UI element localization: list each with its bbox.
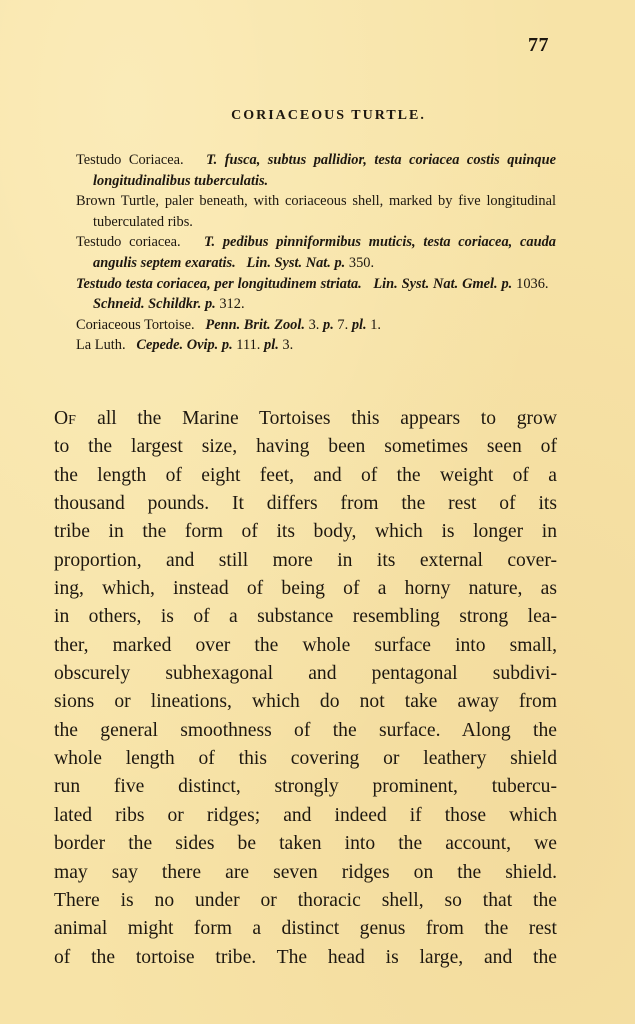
citation-page: 1036. <box>516 276 548 292</box>
text-line: ing, which, instead of being of a horny … <box>54 575 557 603</box>
synonym-entry: La Luth. Cepede. Ovip. p. 111. pl. 3. <box>76 335 556 356</box>
citation: Lin. Syst. Nat. Gmel. p. <box>373 276 512 292</box>
citation-plate: 3. <box>282 337 293 353</box>
citation-page: 312. <box>219 296 244 312</box>
text-line: proportion, and still more in its extern… <box>54 547 557 575</box>
synonym-name: Testudo coriacea. <box>76 234 181 250</box>
citation: Penn. Brit. Zool. <box>205 317 305 333</box>
text-line: obscurely subhexagonal and pentagonal su… <box>54 660 557 688</box>
text-line: run five distinct, strongly prominent, t… <box>54 773 557 801</box>
text-line: sions or lineations, which do not take a… <box>54 688 557 716</box>
page-number: 77 <box>528 34 549 57</box>
citation-plate: 1. <box>370 317 381 333</box>
citation: p. <box>323 317 334 333</box>
synonym-entry: Testudo testa coriacea, per longitudinem… <box>76 274 556 315</box>
text-line: thousand pounds. It differs from the res… <box>54 490 557 518</box>
text-line: OF all the Marine Tortoises this appears… <box>54 405 557 433</box>
citation: pl. <box>352 317 367 333</box>
citation: Lin. Syst. Nat. p. <box>247 255 346 271</box>
citation: Cepede. Ovip. p. <box>136 337 232 353</box>
citation-volume: 3. <box>309 317 320 333</box>
synonym-name: Coriaceous Tortoise. <box>76 317 195 333</box>
citation-page: 7. <box>337 317 348 333</box>
text-line: There is no under or thoracic shell, so … <box>54 887 557 915</box>
synonym-description: Testudo testa coriacea, per longitudinem… <box>76 276 362 292</box>
text-line: border the sides be taken into the accou… <box>54 830 557 858</box>
text-line: animal might form a distinct genus from … <box>54 915 557 943</box>
synonym-entry: Testudo Coriacea. T. fusca, subtus palli… <box>76 150 556 191</box>
text-line: the general smoothness of the surface. A… <box>54 717 557 745</box>
drop-cap: O <box>54 408 68 429</box>
citation-page: 350. <box>349 255 374 271</box>
citation-page: 111. <box>236 337 260 353</box>
text-line: tribe in the form of its body, which is … <box>54 518 557 546</box>
text-line: may say there are seven ridges on the sh… <box>54 859 557 887</box>
text-line: to the largest size, having been sometim… <box>54 433 557 461</box>
text-line: the length of eight feet, and of the wei… <box>54 462 557 490</box>
text-line: whole length of this covering or leather… <box>54 745 557 773</box>
citation: pl. <box>264 337 279 353</box>
synonym-entry: Coriaceous Tortoise. Penn. Brit. Zool. 3… <box>76 315 556 336</box>
synonym-entry: Testudo coriacea. T. pedibus pinniformib… <box>76 232 556 273</box>
body-paragraph: OF all the Marine Tortoises this appears… <box>54 405 557 972</box>
citation: Schneid. Schildkr. p. <box>93 296 216 312</box>
text-line: of the tortoise tribe. The head is large… <box>54 944 557 972</box>
synonym-name: Testudo Coriacea. <box>76 152 184 168</box>
text-line: ther, marked over the whole surface into… <box>54 632 557 660</box>
text-line: lated ribs or ridges; and indeed if thos… <box>54 802 557 830</box>
section-title: CORIACEOUS TURTLE. <box>0 108 635 124</box>
text-line: in others, is of a substance resembling … <box>54 603 557 631</box>
synonym-name: La Luth. <box>76 337 126 353</box>
synonym-entry: Brown Turtle, paler beneath, with coriac… <box>76 191 556 232</box>
synonym-name: Brown Turtle, paler beneath, with coriac… <box>76 193 556 230</box>
synonymy-block: Testudo Coriacea. T. fusca, subtus palli… <box>76 150 556 356</box>
